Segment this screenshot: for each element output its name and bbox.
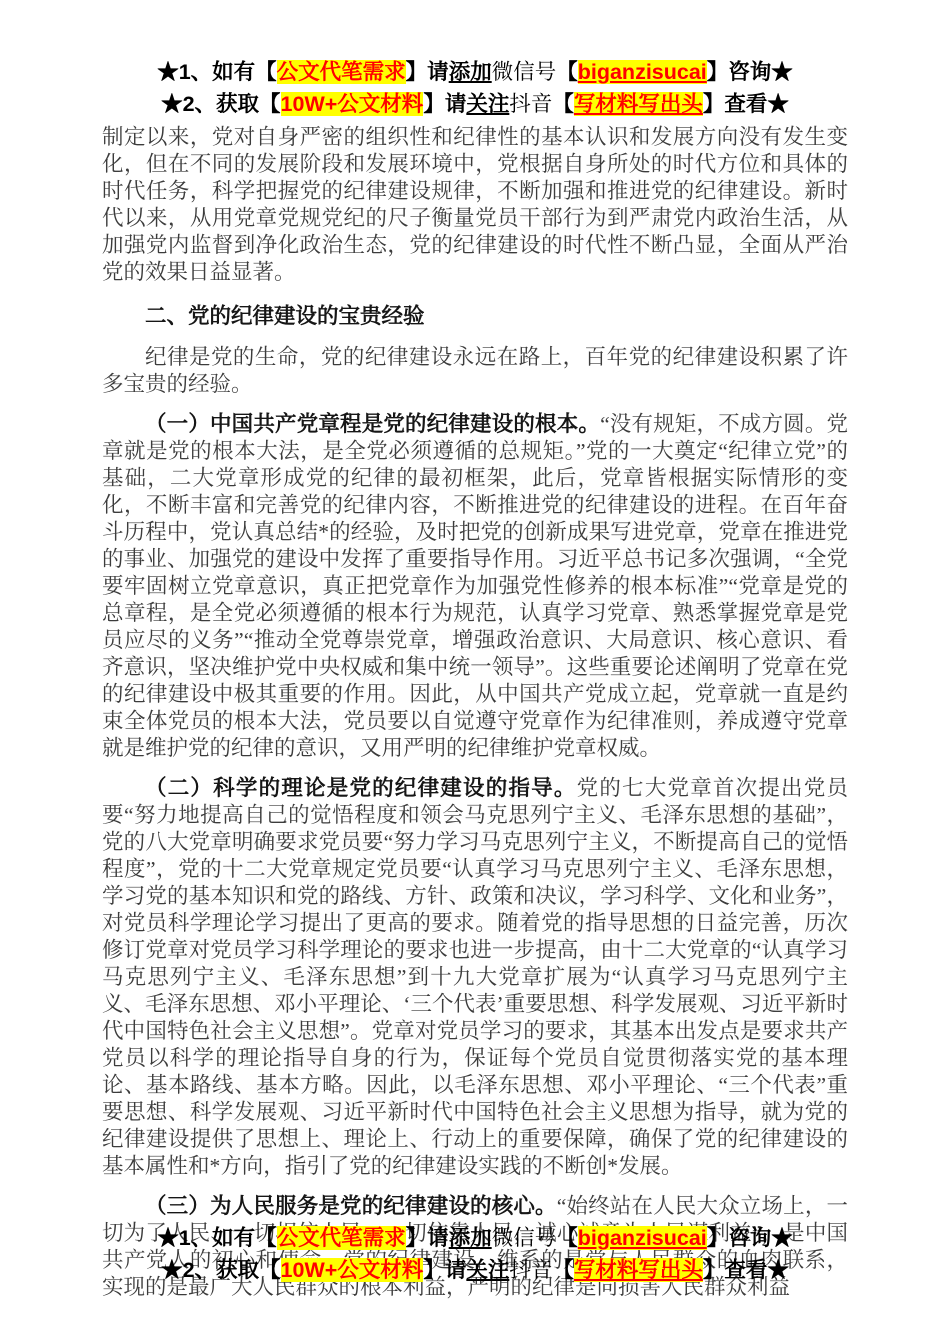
promo-mid: 】请	[406, 1226, 449, 1250]
promo-suffix: 】咨询★	[707, 1226, 793, 1250]
promo-suffix: 】咨询★	[707, 60, 793, 84]
promo-suffix: 】查看★	[703, 92, 789, 116]
paragraph-lead: （一）中国共产党章程是党的纪律建设的根本。	[145, 412, 600, 436]
promo-mid: 】请	[423, 1258, 466, 1282]
promo-wechat-id: biganzisucai	[578, 60, 707, 84]
promo-prefix: ★1、如有【	[157, 60, 276, 84]
promo-highlight-service: 公文代笔需求	[277, 60, 406, 84]
promo-banner-top: ★1、如有【公文代笔需求】请添加微信号【biganzisucai】咨询★ ★2、…	[102, 56, 848, 120]
section-heading: 二、党的纪律建设的宝贵经验	[102, 303, 848, 330]
paragraph-lead: （三）为人民服务是党的纪律建设的核心。	[145, 1194, 557, 1218]
promo-bracket: 【	[556, 1226, 578, 1250]
promo-line-2: ★2、获取【10W+公文材料】请关注抖音【写材料写出头】查看★	[102, 88, 848, 120]
promo-underline-add: 添加	[449, 60, 492, 84]
paragraph-text: 党的七大党章首次提出党员要“努力地提高自己的觉悟程度和领会马克思列宁主义、毛泽东…	[102, 776, 848, 1178]
promo-mid: 】请	[423, 92, 466, 116]
promo-mid: 】请	[406, 60, 449, 84]
paragraph-text: 纪律是党的生命，党的纪律建设永远在路上，百年党的纪律建设积累了许多宝贵的经验。	[102, 345, 848, 396]
paragraph-point-1: （一）中国共产党章程是党的纪律建设的根本。“没有规矩，不成方圆。党章就是党的根本…	[102, 411, 848, 762]
paragraph-point-2: （二）科学的理论是党的纪律建设的指导。党的七大党章首次提出党员要“努力地提高自己…	[102, 775, 848, 1180]
promo-bracket: 【	[556, 60, 578, 84]
promo-bracket: 【	[552, 92, 574, 116]
promo-prefix: ★1、如有【	[157, 1226, 276, 1250]
promo-highlight-service: 公文代笔需求	[277, 1226, 406, 1250]
paragraph-continuation: 制定以来，党对自身严密的组织性和纪律性的基本认识和发展方向没有发生变化，但在不同…	[102, 124, 848, 286]
promo-underline-add: 添加	[449, 1226, 492, 1250]
promo-wechat-label: 微信号	[492, 1226, 557, 1250]
paragraph-text: “没有规矩，不成方圆。党章就是党的根本大法，是全党必须遵循的总规矩。”党的一大奠…	[102, 412, 848, 760]
promo-line-1: ★1、如有【公文代笔需求】请添加微信号【biganzisucai】咨询★	[102, 56, 848, 88]
promo-douyin-label: 抖音	[509, 92, 552, 116]
promo-suffix: 】查看★	[703, 1258, 789, 1282]
promo-douyin-label: 抖音	[509, 1258, 552, 1282]
document-body: 制定以来，党对自身严密的组织性和纪律性的基本认识和发展方向没有发生变化，但在不同…	[102, 124, 848, 1301]
promo-wechat-id: biganzisucai	[578, 1226, 707, 1250]
promo-highlight-materials: 10W+公文材料	[281, 1258, 424, 1282]
document-page: ★1、如有【公文代笔需求】请添加微信号【biganzisucai】咨询★ ★2、…	[0, 0, 950, 1344]
paragraph-lead: （二）科学的理论是党的纪律建设的指导。	[145, 776, 577, 800]
promo-highlight-materials: 10W+公文材料	[281, 92, 424, 116]
paragraph-text: 制定以来，党对自身严密的组织性和纪律性的基本认识和发展方向没有发生变化，但在不同…	[102, 125, 848, 284]
promo-douyin-id: 写材料写出头	[574, 92, 703, 116]
promo-prefix: ★2、获取【	[161, 92, 280, 116]
promo-wechat-label: 微信号	[492, 60, 557, 84]
promo-line-1: ★1、如有【公文代笔需求】请添加微信号【biganzisucai】咨询★	[0, 1222, 950, 1254]
promo-underline-follow: 关注	[466, 1258, 509, 1282]
heading-text: 二、党的纪律建设的宝贵经验	[145, 304, 425, 328]
promo-bracket: 【	[552, 1258, 574, 1282]
promo-banner-bottom: ★1、如有【公文代笔需求】请添加微信号【biganzisucai】咨询★ ★2、…	[0, 1222, 950, 1286]
promo-underline-follow: 关注	[466, 92, 509, 116]
paragraph-intro: 纪律是党的生命，党的纪律建设永远在路上，百年党的纪律建设积累了许多宝贵的经验。	[102, 344, 848, 398]
promo-line-2: ★2、获取【10W+公文材料】请关注抖音【写材料写出头】查看★	[0, 1254, 950, 1286]
promo-douyin-id: 写材料写出头	[574, 1258, 703, 1282]
promo-prefix: ★2、获取【	[161, 1258, 280, 1282]
